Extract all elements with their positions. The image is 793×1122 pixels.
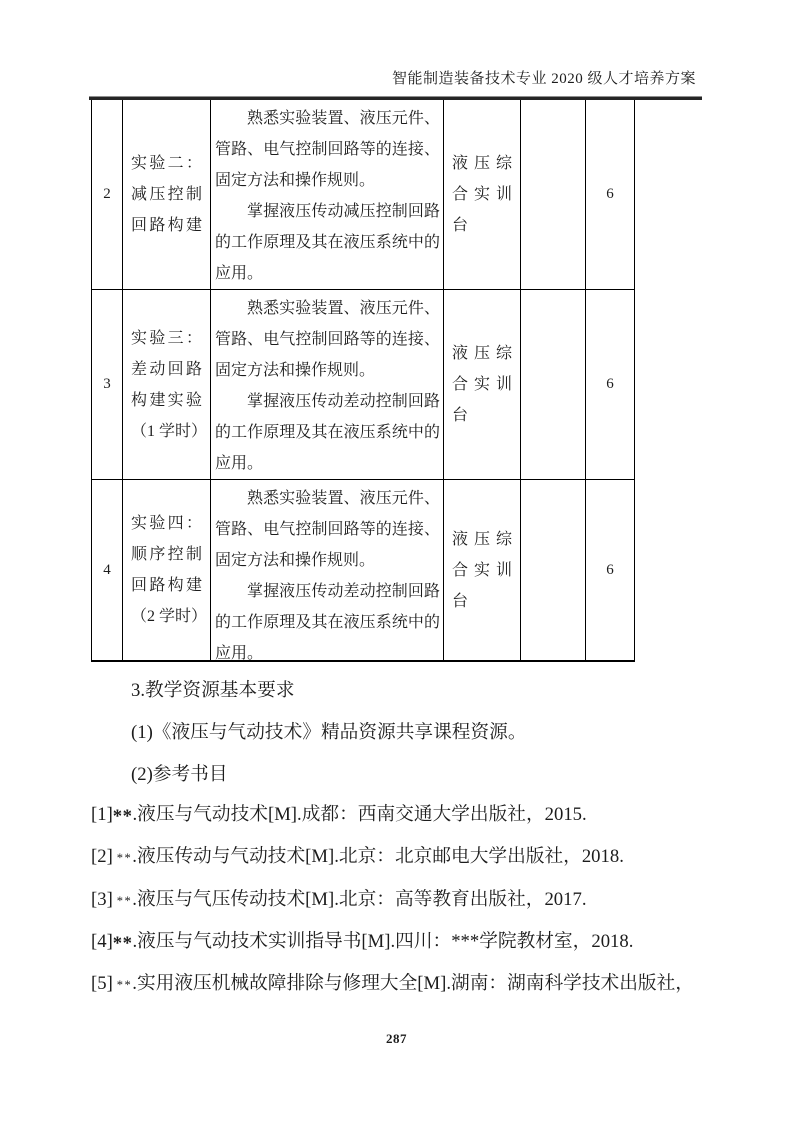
reference-masked-author: ** <box>113 806 133 827</box>
equipment-line: 液压综 <box>452 148 512 179</box>
row-number-cell: 3 <box>92 290 123 479</box>
equipment-line: 合实训 <box>452 369 512 400</box>
experiment-title-cell: 实验三： 差动回路 构建实验 （1 学时） <box>123 290 211 479</box>
page-number: 287 <box>0 1031 793 1047</box>
equipment-line: 液压综 <box>452 338 512 369</box>
experiment-title-line: （1 学时） <box>131 416 202 447</box>
experiment-title-cell: 实验二： 减压控制 回路构建 <box>123 100 211 289</box>
goal-paragraph: 熟悉实验装置、液压元件、管路、电气控制回路等的连接、固定方法和操作规则。 <box>215 103 440 196</box>
reference-masked-author: ** <box>117 851 133 865</box>
equipment-cell: 液压综 合实训 台 <box>444 480 521 660</box>
reference-text: .液压与气压传动技术[M].北京：高等教育出版社，2017. <box>132 889 586 910</box>
experiment-title-line: 顺序控制 <box>131 539 202 570</box>
experiment-goal-cell: 熟悉实验装置、液压元件、管路、电气控制回路等的连接、固定方法和操作规则。 掌握液… <box>211 100 444 289</box>
equipment-cell: 液压综 合实训 台 <box>444 290 521 479</box>
reference-item: [1]**.液压与气动技术[M].成都：西南交通大学出版社，2015. <box>91 803 587 827</box>
reference-text: .液压传动与气动技术[M].北京：北京邮电大学出版社，2018. <box>132 846 624 867</box>
hours-cell: 6 <box>586 480 635 660</box>
goal-paragraph: 熟悉实验装置、液压元件、管路、电气控制回路等的连接、固定方法和操作规则。 <box>215 483 440 576</box>
equipment-line: 台 <box>452 586 512 617</box>
experiment-title-line: 实验四： <box>131 508 202 539</box>
equipment-line: 台 <box>452 210 512 241</box>
experiment-title-line: 回路构建 <box>131 570 202 601</box>
equipment-line: 台 <box>452 400 512 431</box>
equipment-line: 合实训 <box>452 555 512 586</box>
experiment-title-line: 回路构建 <box>131 210 202 241</box>
reference-item: [5]**.实用液压机械故障排除与修理大全[M].湖南：湖南科学技术出版社， <box>91 972 694 997</box>
reference-label: [1] <box>91 804 113 825</box>
equipment-line: 液压综 <box>452 524 512 555</box>
experiment-goal-cell: 熟悉实验装置、液压元件、管路、电气控制回路等的连接、固定方法和操作规则。 掌握液… <box>211 290 444 479</box>
reference-label: [5] <box>91 973 113 994</box>
experiment-title-line: 实验三： <box>131 323 202 354</box>
experiment-title-line: 差动回路 <box>131 354 202 385</box>
reference-label: [2] <box>91 846 113 867</box>
empty-cell <box>521 100 586 289</box>
row-number-cell: 2 <box>92 100 123 289</box>
experiment-title-cell: 实验四： 顺序控制 回路构建 （2 学时） <box>123 480 211 660</box>
goal-paragraph: 掌握液压传动差动控制回路的工作原理及其在液压系统中的应用。 <box>215 576 440 660</box>
experiment-title-line: 构建实验 <box>131 385 202 416</box>
resource-item: (1)《液压与气动技术》精品资源共享课程资源。 <box>131 721 527 745</box>
experiment-goal-cell: 熟悉实验装置、液压元件、管路、电气控制回路等的连接、固定方法和操作规则。 掌握液… <box>211 480 444 660</box>
reference-item: [2]**.液压传动与气动技术[M].北京：北京邮电大学出版社，2018. <box>91 845 624 870</box>
table-row: 4 实验四： 顺序控制 回路构建 （2 学时） 熟悉实验装置、液压元件、管路、电… <box>92 480 635 662</box>
table-row: 2 实验二： 减压控制 回路构建 熟悉实验装置、液压元件、管路、电气控制回路等的… <box>92 100 635 290</box>
hours-cell: 6 <box>586 290 635 479</box>
experiment-title-line: 减压控制 <box>131 179 202 210</box>
reference-label: [4] <box>91 931 113 952</box>
goal-paragraph: 熟悉实验装置、液压元件、管路、电气控制回路等的连接、固定方法和操作规则。 <box>215 293 440 386</box>
reference-masked-author: ** <box>117 894 133 908</box>
equipment-cell: 液压综 合实训 台 <box>444 100 521 289</box>
equipment-line: 合实训 <box>452 179 512 210</box>
reference-masked-author: ** <box>117 978 133 992</box>
experiment-title-line: 实验二： <box>131 148 202 179</box>
reference-item: [3]**.液压与气压传动技术[M].北京：高等教育出版社，2017. <box>91 888 587 913</box>
row-number-cell: 4 <box>92 480 123 660</box>
reference-masked-author: ** <box>113 933 133 954</box>
empty-cell <box>521 480 586 660</box>
experiments-table: 2 实验二： 减压控制 回路构建 熟悉实验装置、液压元件、管路、电气控制回路等的… <box>91 100 635 662</box>
goal-paragraph: 掌握液压传动减压控制回路的工作原理及其在液压系统中的应用。 <box>215 196 440 289</box>
reference-label: [3] <box>91 889 113 910</box>
table-row: 3 实验三： 差动回路 构建实验 （1 学时） 熟悉实验装置、液压元件、管路、电… <box>92 290 635 480</box>
reference-text: .实用液压机械故障排除与修理大全[M].湖南：湖南科学技术出版社， <box>132 973 694 994</box>
document-page: 智能制造装备技术专业 2020 级人才培养方案 2 实验二： 减压控制 回路构建… <box>0 0 793 1122</box>
section-heading-references: (2)参考书目 <box>131 763 228 787</box>
reference-text: .液压与气动技术实训指导书[M].四川：***学院教材室，2018. <box>132 931 633 952</box>
header-title: 智能制造装备技术专业 2020 级人才培养方案 <box>89 67 696 88</box>
goal-paragraph: 掌握液压传动差动控制回路的工作原理及其在液压系统中的应用。 <box>215 386 440 479</box>
reference-item: [4]**.液压与气动技术实训指导书[M].四川：***学院教材室，2018. <box>91 930 633 954</box>
empty-cell <box>521 290 586 479</box>
reference-text: .液压与气动技术[M].成都：西南交通大学出版社，2015. <box>132 804 586 825</box>
section-heading-resources: 3.教学资源基本要求 <box>131 679 295 703</box>
experiment-title-line: （2 学时） <box>131 601 202 632</box>
hours-cell: 6 <box>586 100 635 289</box>
